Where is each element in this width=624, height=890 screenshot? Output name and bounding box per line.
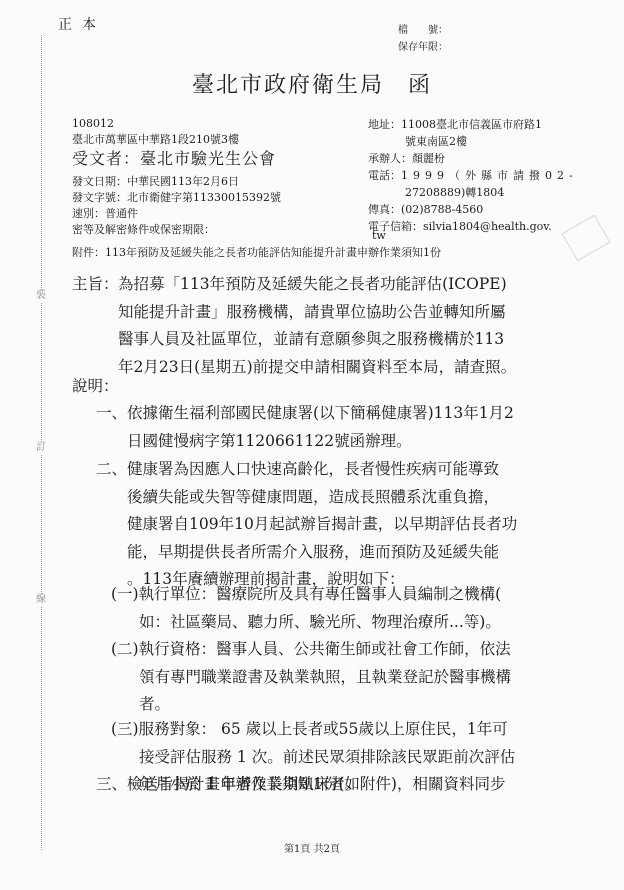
sub-item-line: 接受評估服務 1 次。前述民眾須排除該民眾距前次評估 xyxy=(111,744,515,772)
item-line: 檢送旨揭計畫申辦作業須知1份(如附件)，相關資料同步 xyxy=(127,775,505,793)
item-marker: 二、 xyxy=(96,460,127,478)
explanation-item: 一、依據衛生福利部國民健康署(以下簡稱健康署)113年1月2 日國健慢病字第11… xyxy=(96,400,514,455)
phone-label: 電話： xyxy=(368,169,401,182)
subject-section: 主旨：為招募「113年預防及延緩失能之長者功能評估(ICOPE) 知能提升計畫」… xyxy=(72,271,516,381)
sub-item-marker: (一) xyxy=(111,585,139,603)
document-number: 發文字號：北市衛健字第11330015392號 xyxy=(72,190,281,206)
sub-item-line: 者。 xyxy=(111,691,511,719)
contact-block: 地址：11008臺北市信義區市府路1 號東南區2樓 承辦人：顏麗枌 電話：199… xyxy=(368,116,578,235)
sub-item-line: 服務對象： 65 歲以上長者或55歲以上原住民，1年可 xyxy=(139,720,508,738)
recipient: 受文者：臺北市驗光生公會 xyxy=(72,148,281,170)
item-line: 健康署為因應人口快速高齡化，長者慢性疾病可能導致 xyxy=(127,460,499,478)
explanation-item: 二、健康署為因應人口快速高齡化，長者慢性疾病可能導致 後續失能或失智等健康問題，… xyxy=(96,456,517,594)
agency-name: 臺北市政府衛生局 xyxy=(192,73,384,98)
classification: 密等及解密條件或保密期限： xyxy=(72,222,281,238)
sub-item-line: 執行資格：醫事人員、公共衛生師或社會工作師，依法 xyxy=(139,640,511,658)
email-line-2: tw xyxy=(372,229,386,242)
explanation-label: 說明： xyxy=(72,373,119,401)
sender-block: 108012 臺北市萬華區中華路1段210號3樓 受文者：臺北市驗光生公會 發文… xyxy=(72,116,281,238)
item-line: 健康署自109年10月起試辦旨揭計畫，以早期評估長者功 xyxy=(96,511,517,539)
retention-label: 保存年限： xyxy=(398,39,448,56)
phone-line-2: 27208889)轉1804 xyxy=(368,184,578,201)
subject-label: 主旨： xyxy=(72,271,118,299)
sub-item-marker: (二) xyxy=(111,640,139,658)
item-line: 能，早期提供長者所需介入服務，進而預防及延緩失能 xyxy=(96,539,517,567)
email-line-1: 電子信箱：silvia1804@health.gov. xyxy=(368,218,578,235)
file-number-label: 檔 號： xyxy=(398,22,448,39)
binding-mark-xian: 線 xyxy=(36,594,46,606)
copy-mark: 正本 xyxy=(58,14,106,34)
handler: 承辦人：顏麗枌 xyxy=(368,150,578,167)
document-title: 臺北市政府衛生局函 xyxy=(0,68,624,99)
sub-item-line: 執行單位：醫療院所及具有專任醫事人員編制之機構( xyxy=(139,585,502,603)
subject-line: 醫事人員及社區單位，並請有意願參與之服務機構於113 xyxy=(72,326,516,354)
fax: 傳真：(02)8788-4560 xyxy=(368,201,578,218)
page-number: 第1頁 共2頁 xyxy=(0,840,624,855)
sub-item-marker: (三) xyxy=(111,720,139,738)
sub-item-line: 領有專門職業證書及執業執照，且執業登記於醫事機構 xyxy=(111,664,511,692)
sub-item: (二)執行資格：醫事人員、公共衛生師或社會工作師，依法 領有專門職業證書及執業執… xyxy=(111,636,511,719)
phone-number: 1999（外縣市請撥02- xyxy=(401,169,578,182)
binding-mark-zhuang: 裝 xyxy=(36,290,46,302)
phone-line-1: 電話：1999（外縣市請撥02- xyxy=(368,167,578,184)
item-line: 後續失能或失智等健康問題，造成長照體系沈重負擔， xyxy=(96,484,517,512)
address-line-2: 號東南區2樓 xyxy=(368,133,578,150)
address-line-1: 地址：11008臺北市信義區市府路1 xyxy=(368,116,578,133)
file-info: 檔 號： 保存年限： xyxy=(398,22,448,56)
sub-item: (一)執行單位：醫療院所及具有專任醫事人員編制之機構( 如：社區藥局、聽力所、驗… xyxy=(111,581,501,636)
explanation-item: 三、檢送旨揭計畫申辦作業須知1份(如附件)，相關資料同步 xyxy=(96,771,505,799)
attachment-line: 附件：113年預防及延緩失能之長者功能評估知能提升計畫申辦作業須知1份 xyxy=(72,244,441,260)
item-line: 日國健慢病字第1120661122號函辦理。 xyxy=(96,428,514,456)
recipient-address: 臺北市萬華區中華路1段210號3樓 xyxy=(72,132,281,148)
document-type: 函 xyxy=(408,73,432,98)
subject-line: 年2月23日(星期五)前提交申請相關資料至本局，請查照。 xyxy=(72,354,516,382)
item-line: 依據衛生福利部國民健康署(以下簡稱健康署)113年1月2 xyxy=(127,404,514,422)
postal-code: 108012 xyxy=(72,116,281,132)
item-marker: 三、 xyxy=(96,775,127,793)
issue-date: 發文日期：中華民國113年2月6日 xyxy=(72,174,281,190)
subject-line: 為招募「113年預防及延緩失能之長者功能評估(ICOPE) xyxy=(118,275,507,293)
urgency: 速別：普通件 xyxy=(72,206,281,222)
subject-line: 知能提升計畫」服務機構，請貴單位協助公告並轉知所屬 xyxy=(72,299,516,327)
binding-mark-ding: 訂 xyxy=(36,442,46,454)
item-marker: 一、 xyxy=(96,404,127,422)
sub-item-line: 如：社區藥局、聽力所、驗光所、物理治療所...等)。 xyxy=(111,609,501,637)
